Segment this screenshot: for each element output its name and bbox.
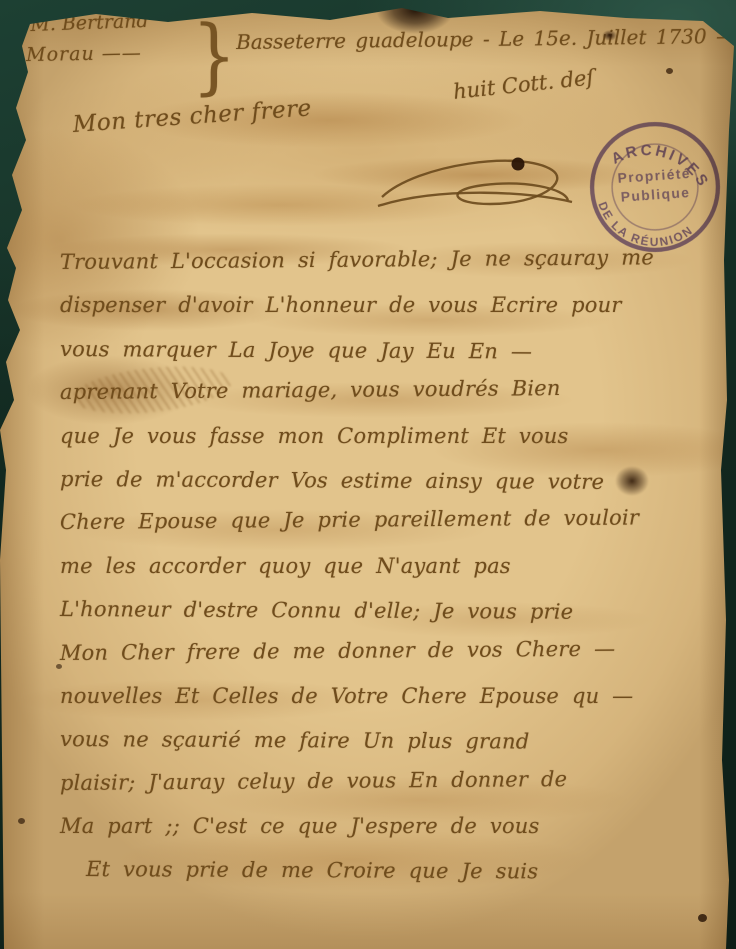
letter-line: Ma part ;; C'est ce que J'espere de vous xyxy=(60,814,730,857)
letter-line: Mon Cher frere de me donner de vos Chere… xyxy=(60,635,730,684)
svg-text:DE LA RÉUNION: DE LA RÉUNION xyxy=(587,197,698,262)
ink-blot xyxy=(512,158,525,171)
ink-blot xyxy=(615,466,649,496)
letter-body: Trouvant L'occasion si favorable; Je ne … xyxy=(60,250,730,901)
letter-line: plaisir; J'auray celuy de vous En donner… xyxy=(60,765,730,814)
docket-note: huit Cott. deſ xyxy=(452,65,595,104)
photo-background: M. Bertrand Morau —— } Basseterre guadel… xyxy=(0,0,736,949)
letter-line: Chere Epouse que Je prie pareillement de… xyxy=(60,505,730,554)
stamp-center-line1: Propriété xyxy=(617,165,691,186)
letter-line: dispenser d'avoir L'honneur de vous Ecri… xyxy=(60,293,730,336)
ink-blot xyxy=(18,818,25,824)
ink-blot xyxy=(666,68,673,74)
brace-mark: } xyxy=(192,16,236,98)
letter-paper: M. Bertrand Morau —— } Basseterre guadel… xyxy=(0,0,736,949)
ink-blot xyxy=(602,30,617,41)
letter-line: nouvelles Et Celles de Votre Chere Epous… xyxy=(60,684,730,727)
ink-blot xyxy=(56,664,62,669)
letter-line: que Je vous fasse mon Compliment Et vous xyxy=(60,424,730,467)
addressee-name-line2: Morau —— xyxy=(26,42,142,66)
dateline: Basseterre guadeloupe - Le 15e. Juillet … xyxy=(236,24,736,54)
ink-blot xyxy=(698,914,707,922)
letter-line: Et vous prie de me Croire que Je suis xyxy=(86,857,730,904)
addressee-name-line1: M. Bertrand xyxy=(30,10,149,36)
stamp-arc-bottom-text: DE LA RÉUNION xyxy=(587,197,698,262)
stamp-center-line2: Publique xyxy=(620,184,691,205)
letter-line: me les accorder quoy que N'ayant pas xyxy=(60,554,730,597)
ink-flourish xyxy=(372,142,577,220)
